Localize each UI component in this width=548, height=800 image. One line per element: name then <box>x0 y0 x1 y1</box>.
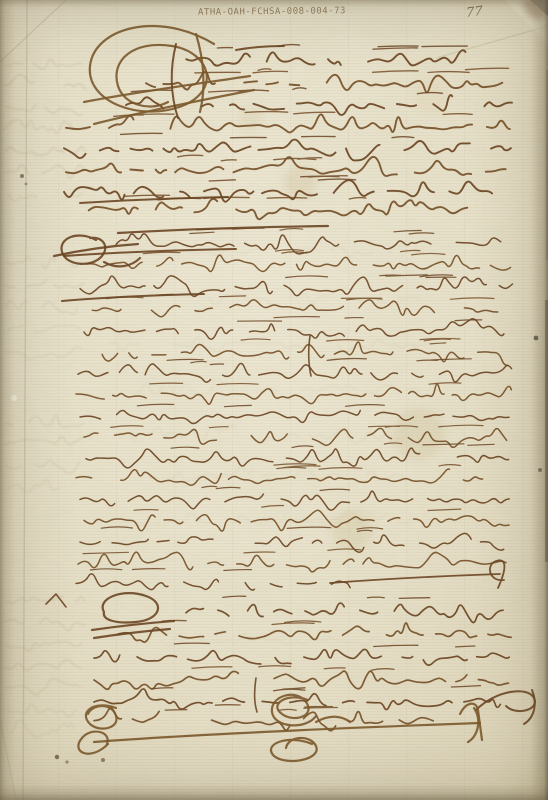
ink-speck <box>538 468 542 472</box>
stain <box>412 78 448 114</box>
stain <box>284 166 316 198</box>
manuscript-page: ATHA-OAH-FCHSA-008-004-73 77 <box>0 0 548 800</box>
ink-speck <box>101 758 105 762</box>
ink-speck <box>55 755 59 759</box>
archival-reference-stamp: ATHA-OAH-FCHSA-008-004-73 <box>198 6 346 18</box>
folio-number: 77 <box>466 4 483 21</box>
ink-speck <box>20 174 24 178</box>
ink-speck <box>534 336 539 341</box>
manuscript-ink-layer <box>0 0 548 800</box>
ink-speck <box>11 395 17 401</box>
ink-speck <box>65 760 68 763</box>
